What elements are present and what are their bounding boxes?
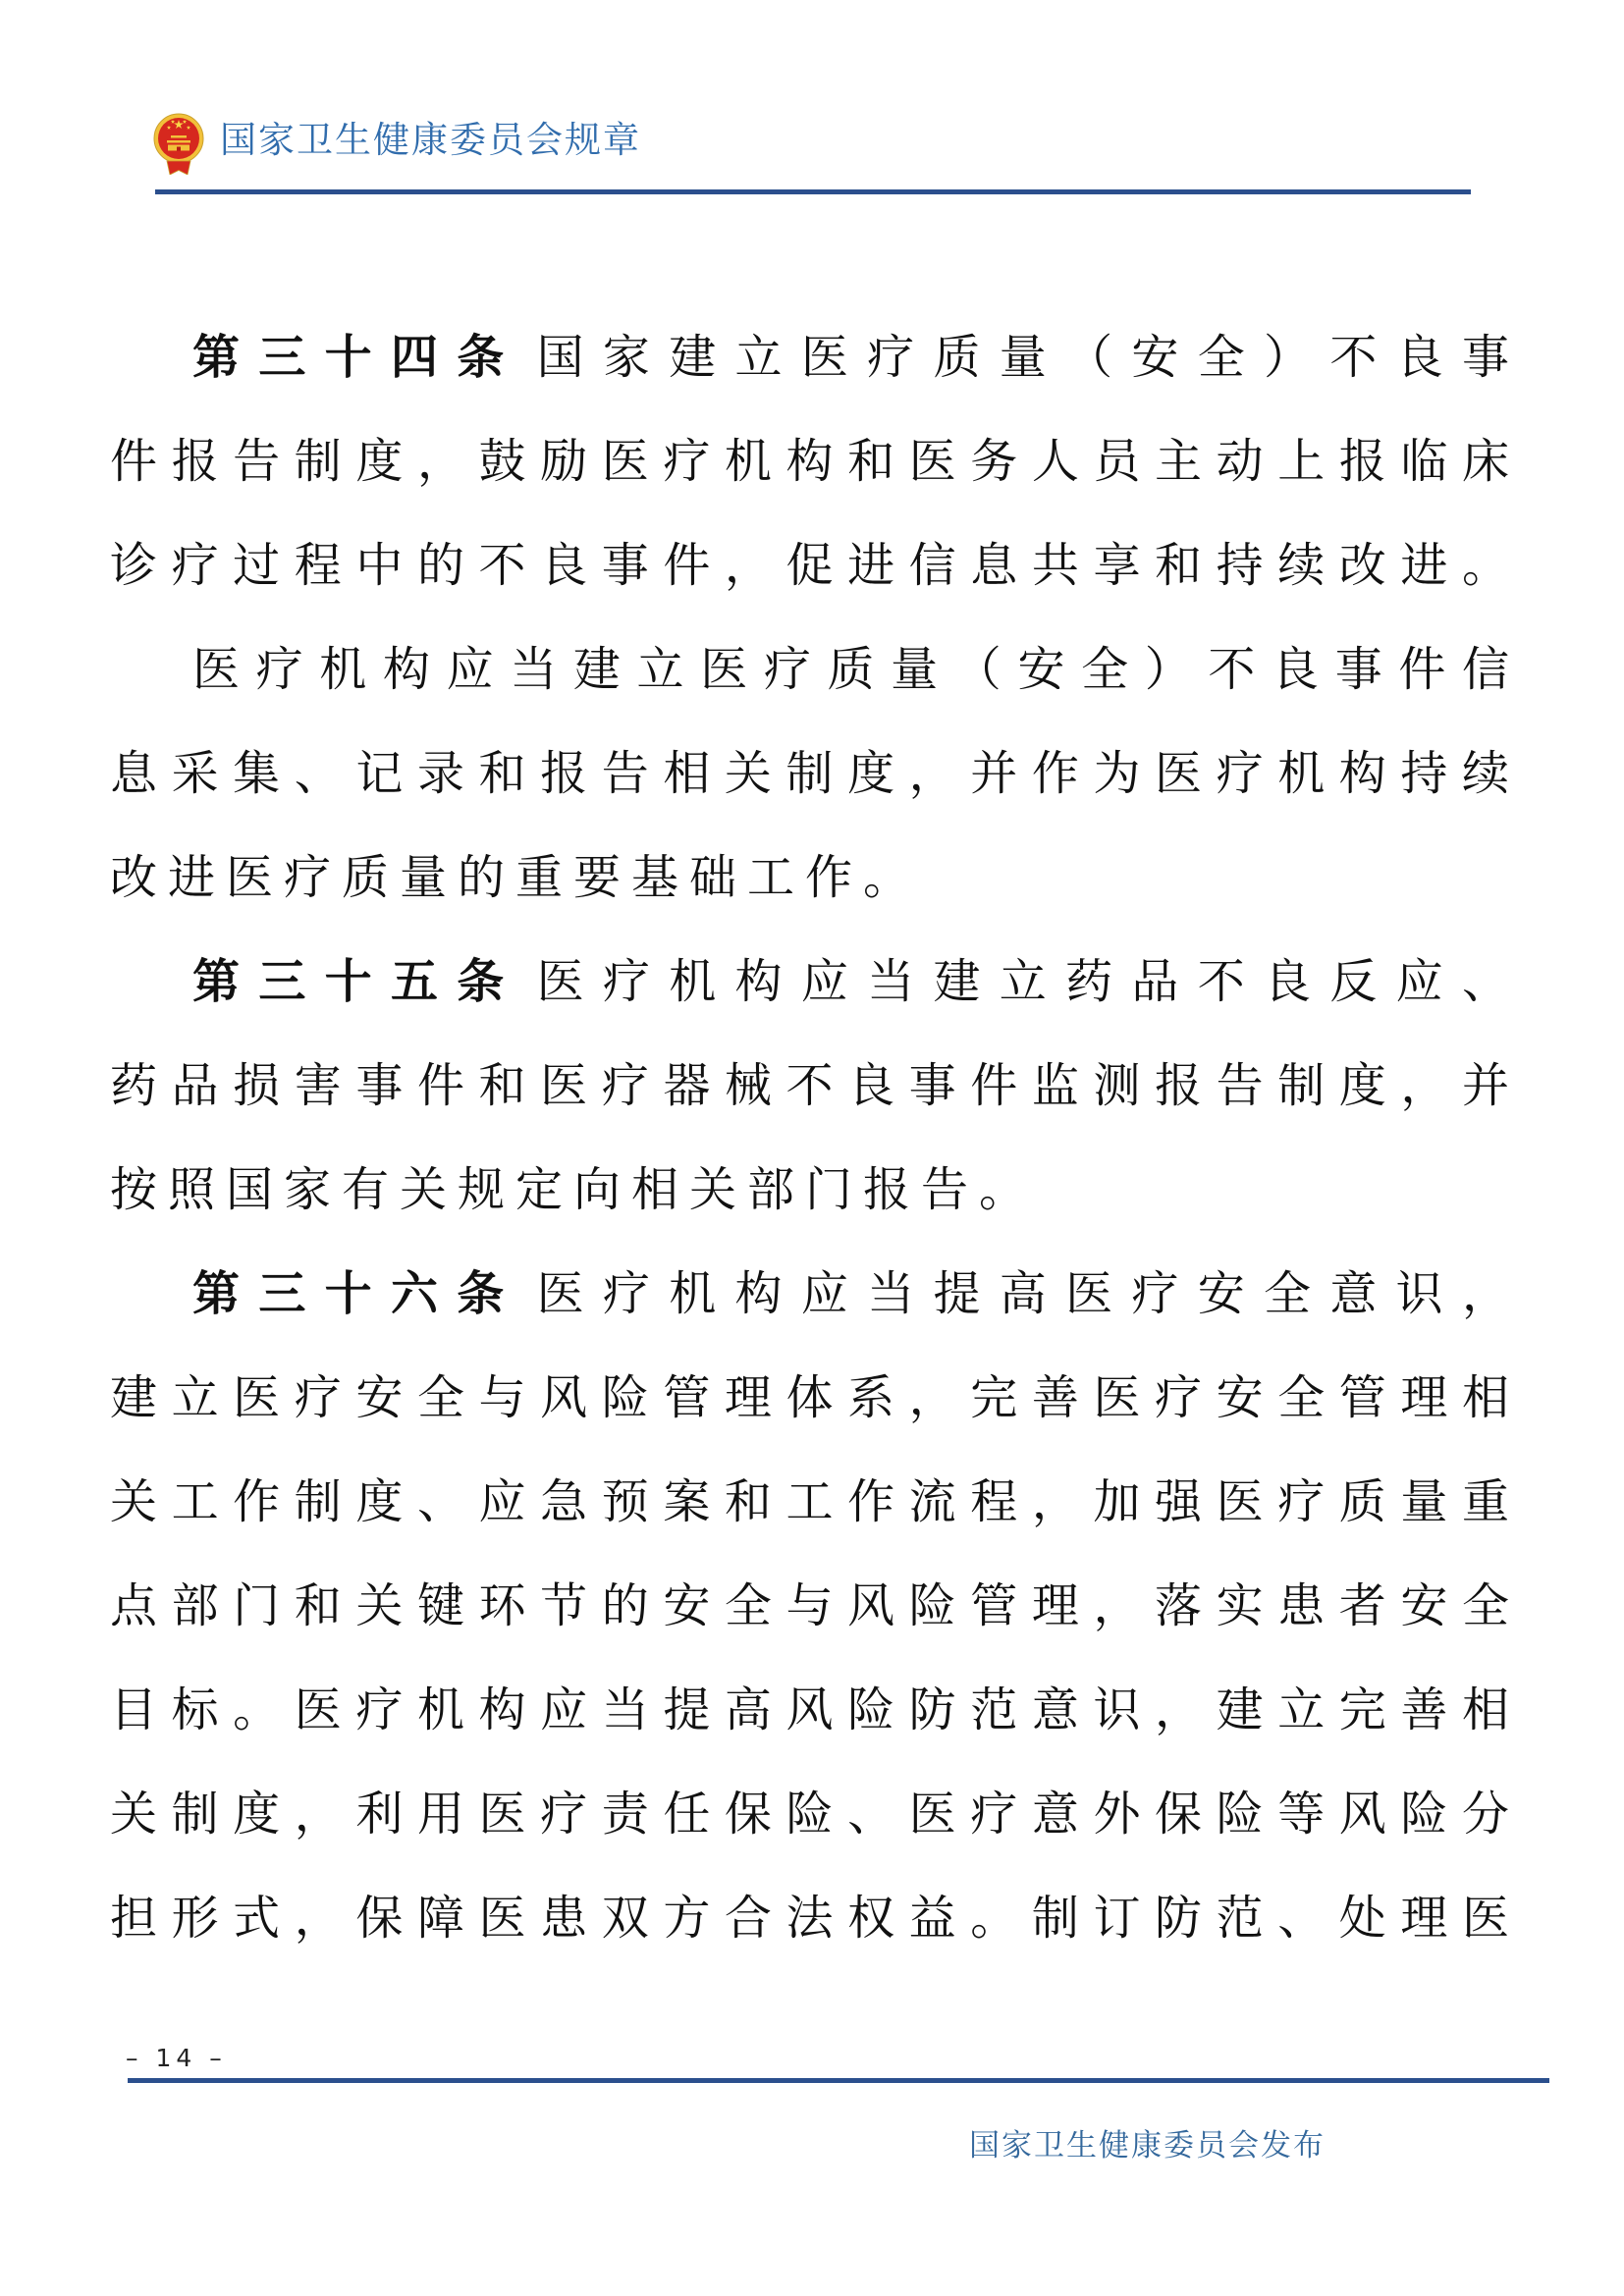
body-line-text: 担形式，保障医患双方合法权益。制订防范、处理医 (110, 1893, 1520, 1945)
body-line-text: 国家建立医疗质量（安全）不良事 (537, 332, 1520, 384)
body-line: 关工作制度、应急预案和工作流程，加强医疗质量重 (110, 1451, 1520, 1555)
header-title: 国家卫生健康委员会规章 (220, 119, 641, 164)
body-line: 第三十五条医疗机构应当建立药品不良反应、 (110, 931, 1520, 1035)
body-line-text: 改进医疗质量的重要基础工作。 (110, 852, 921, 904)
body-line-text: 药品损害事件和医疗器械不良事件监测报告制度，并 (110, 1060, 1520, 1112)
body-line: 改进医疗质量的重要基础工作。 (110, 827, 1520, 931)
body-line-text: 诊疗过程中的不良事件，促进信息共享和持续改进。 (110, 540, 1520, 592)
body-line: 点部门和关键环节的安全与风险管理，落实患者安全 (110, 1555, 1520, 1659)
china-national-emblem-icon (153, 112, 204, 175)
body-line: 件报告制度，鼓励医疗机构和医务人员主动上报临床 (110, 410, 1520, 514)
body-line: 第三十四条国家建立医疗质量（安全）不良事 (110, 306, 1520, 410)
body-line: 药品损害事件和医疗器械不良事件监测报告制度，并 (110, 1035, 1520, 1139)
article-number: 第三十五条 (192, 956, 523, 1008)
body-line: 目标。医疗机构应当提高风险防范意识，建立完善相 (110, 1659, 1520, 1763)
document-page: 国家卫生健康委员会规章 第三十四条国家建立医疗质量（安全）不良事件报告制度，鼓励… (0, 0, 1624, 2296)
article-number: 第三十四条 (192, 332, 523, 384)
body-line: 第三十六条医疗机构应当提高医疗安全意识， (110, 1243, 1520, 1347)
body-line-text: 按照国家有关规定向相关部门报告。 (110, 1164, 1037, 1216)
body-line-text: 关工作制度、应急预案和工作流程，加强医疗质量重 (110, 1476, 1520, 1528)
body-line-text: 件报告制度，鼓励医疗机构和医务人员主动上报临床 (110, 436, 1520, 488)
body-line: 息采集、记录和报告相关制度，并作为医疗机构持续 (110, 722, 1520, 827)
body-line-text: 医疗机构应当建立药品不良反应、 (537, 956, 1520, 1008)
body-line: 按照国家有关规定向相关部门报告。 (110, 1139, 1520, 1243)
body-line: 担形式，保障医患双方合法权益。制订防范、处理医 (110, 1867, 1520, 1971)
body-line: 关制度，利用医疗责任保险、医疗意外保险等风险分 (110, 1763, 1520, 1867)
body-line-text: 目标。医疗机构应当提高风险防范意识，建立完善相 (110, 1684, 1520, 1736)
body-line: 医疗机构应当建立医疗质量（安全）不良事件信 (110, 618, 1520, 722)
body-line-text: 点部门和关键环节的安全与风险管理，落实患者安全 (110, 1580, 1520, 1632)
header-rule (155, 189, 1471, 194)
body-line-text: 息采集、记录和报告相关制度，并作为医疗机构持续 (110, 748, 1520, 800)
body-line-text: 医疗机构应当建立医疗质量（安全）不良事件信 (192, 644, 1520, 696)
body-line-text: 医疗机构应当提高医疗安全意识， (537, 1268, 1520, 1320)
publisher-label: 国家卫生健康委员会发布 (969, 2125, 1326, 2166)
body-text: 第三十四条国家建立医疗质量（安全）不良事件报告制度，鼓励医疗机构和医务人员主动上… (110, 306, 1520, 1971)
body-line: 建立医疗安全与风险管理体系，完善医疗安全管理相 (110, 1347, 1520, 1451)
emblem-svg (153, 112, 204, 175)
body-line: 诊疗过程中的不良事件，促进信息共享和持续改进。 (110, 514, 1520, 618)
footer-rule (128, 2078, 1549, 2083)
page-number: – 14 – (126, 2044, 227, 2073)
body-line-text: 建立医疗安全与风险管理体系，完善医疗安全管理相 (110, 1372, 1520, 1424)
article-number: 第三十六条 (192, 1268, 523, 1320)
body-line-text: 关制度，利用医疗责任保险、医疗意外保险等风险分 (110, 1789, 1520, 1841)
